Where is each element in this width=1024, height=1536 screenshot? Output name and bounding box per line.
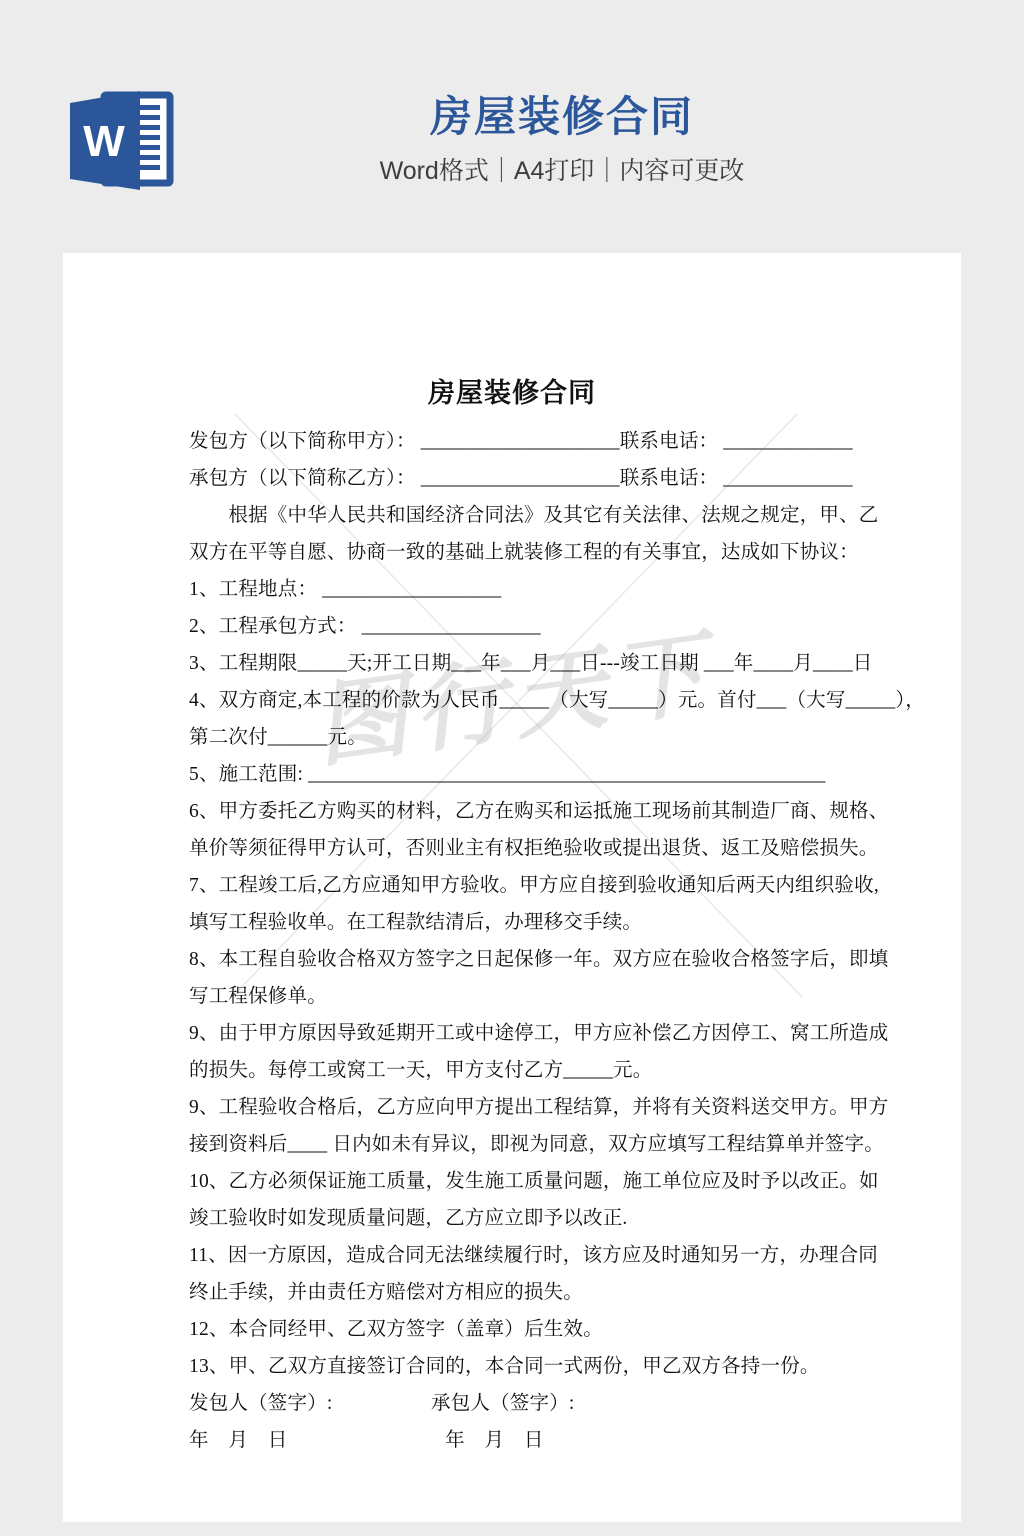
contract-line-item9b-1: 9、工程验收合格后，乙方应向甲方提出工程结算，并将有关资料送交甲方。甲方 xyxy=(189,1089,921,1126)
header-text: 房屋装修合同 Word格式｜A4打印｜内容可更改 xyxy=(100,92,1024,186)
contract-line-item6-2: 单价等须征得甲方认可，否则业主有权拒绝验收或提出退货、返工及赔偿损失。 xyxy=(189,830,921,867)
contract-line-item7-2: 填写工程验收单。在工程款结清后，办理移交手续。 xyxy=(189,904,921,941)
contract-line-preamble-1: 根据《中华人民共和国经济合同法》及其它有关法律、法规之规定，甲、乙 xyxy=(189,497,921,534)
contract-line-item3: 3、工程期限_____天;开工日期___年___月___日---竣工日期 ___… xyxy=(189,645,921,682)
contract-line-item12: 12、本合同经甲、乙双方签字（盖章）后生效。 xyxy=(189,1311,921,1348)
contract-line-preamble-2: 双方在平等自愿、协商一致的基础上就装修工程的有关事宜，达成如下协议： xyxy=(189,534,921,571)
contract-line-item1: 1、工程地点： __________________ xyxy=(189,571,921,608)
contract-line-item11-1: 11、因一方原因，造成合同无法继续履行时，该方应及时通知另一方，办理合同 xyxy=(189,1237,921,1274)
document-page: 图行天下 房屋装修合同 发包方（以下简称甲方）： _______________… xyxy=(63,253,961,1522)
contract-line-item10-2: 竣工验收时如发现质量问题，乙方应立即予以改正. xyxy=(189,1200,921,1237)
contract-line-item9-2: 的损失。每停工或窝工一天，甲方支付乙方_____元。 xyxy=(189,1052,921,1089)
contract-line-item5: 5、施工范围: ________________________________… xyxy=(189,756,921,793)
document-title: 房屋装修合同 xyxy=(63,253,961,409)
contract-line-item7-1: 7、工程竣工后,乙方应通知甲方验收。甲方应自接到验收通知后两天内组织验收, xyxy=(189,867,921,904)
contract-line-party-a: 发包方（以下简称甲方）： ____________________联系电话： _… xyxy=(189,423,921,460)
contract-line-dates: 年 月 日 年 月 日 xyxy=(189,1422,921,1459)
contract-line-item13: 13、甲、乙双方直接签订合同的，本合同一式两份，甲乙双方各持一份。 xyxy=(189,1348,921,1385)
template-preview-page: { "header": { "title": "房屋装修合同", "subtit… xyxy=(0,0,1024,1536)
page-title: 房屋装修合同 xyxy=(100,92,1024,142)
contract-line-item11-2: 终止手续，并由责任方赔偿对方相应的损失。 xyxy=(189,1274,921,1311)
contract-line-item10-1: 10、乙方必须保证施工质量，发生施工质量问题，施工单位应及时予以改正。如 xyxy=(189,1163,921,1200)
contract-line-signatures: 发包人（签字）: 承包人（签字）: xyxy=(189,1385,921,1422)
contract-line-party-b: 承包方（以下简称乙方）： ____________________联系电话： _… xyxy=(189,460,921,497)
header: W 房屋装修合同 Word格式｜A4打印｜内容可更改 xyxy=(0,0,1024,253)
contract-line-item8-1: 8、本工程自验收合格双方签字之日起保修一年。双方应在验收合格签字后，即填 xyxy=(189,941,921,978)
contract-line-item6-1: 6、甲方委托乙方购买的材料，乙方在购买和运抵施工现场前其制造厂商、规格、 xyxy=(189,793,921,830)
contract-line-item8-2: 写工程保修单。 xyxy=(189,978,921,1015)
contract-line-item4-2: 第二次付______元。 xyxy=(189,719,921,756)
contract-line-item4-1: 4、双方商定,本工程的价款为人民币_____（大写_____）元。首付___（大… xyxy=(189,682,921,719)
contract-line-item2: 2、工程承包方式： __________________ xyxy=(189,608,921,645)
contract-line-item9b-2: 接到资料后____ 日内如未有异议，即视为同意，双方应填写工程结算单并签字。 xyxy=(189,1126,921,1163)
page-subtitle: Word格式｜A4打印｜内容可更改 xyxy=(100,156,1024,186)
contract-body: 发包方（以下简称甲方）： ____________________联系电话： _… xyxy=(189,423,921,1459)
contract-line-item9-1: 9、由于甲方原因导致延期开工或中途停工，甲方应补偿乙方因停工、窝工所造成 xyxy=(189,1015,921,1052)
